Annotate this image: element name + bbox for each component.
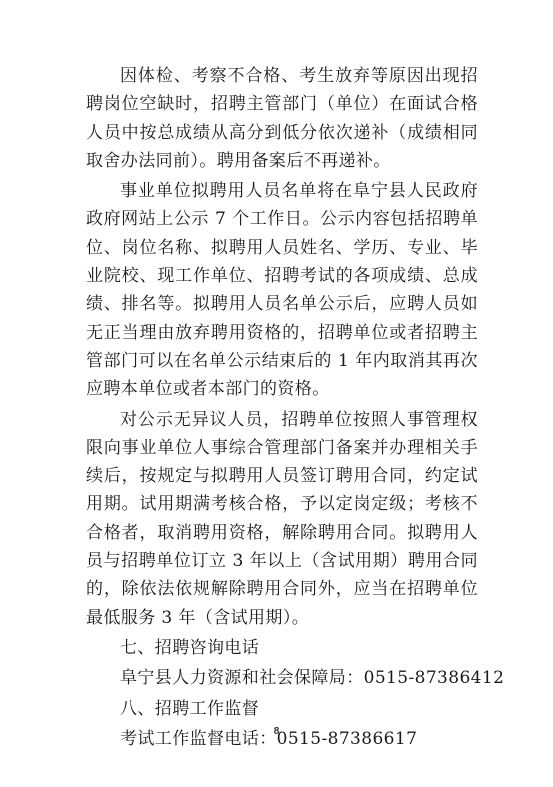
document-page: 因体检、考察不合格、考生放弃等原因出现招聘岗位空缺时，招聘主管部门（单位）在面试… [0, 0, 553, 787]
document-body: 因体检、考察不合格、考生放弃等原因出现招聘岗位空缺时，招聘主管部门（单位）在面试… [86, 62, 478, 753]
section-8-heading: 八、招聘工作监督 [86, 695, 478, 723]
paragraph-vacancy-backfill: 因体检、考察不合格、考生放弃等原因出现招聘岗位空缺时，招聘主管部门（单位）在面试… [86, 62, 478, 175]
paragraph-contract: 对公示无异议人员，招聘单位按照人事管理权限向事业单位人事综合管理部门备案并办理相… [86, 406, 478, 632]
page-number: 8 [0, 726, 553, 737]
consultation-phone: 阜宁县人力资源和社会保障局：0515-87386412 [86, 664, 478, 692]
paragraph-publicity: 事业单位拟聘用人员名单将在阜宁县人民政府政府网站上公示 7 个工作日。公示内容包… [86, 177, 478, 403]
section-7-heading: 七、招聘咨询电话 [86, 634, 478, 662]
